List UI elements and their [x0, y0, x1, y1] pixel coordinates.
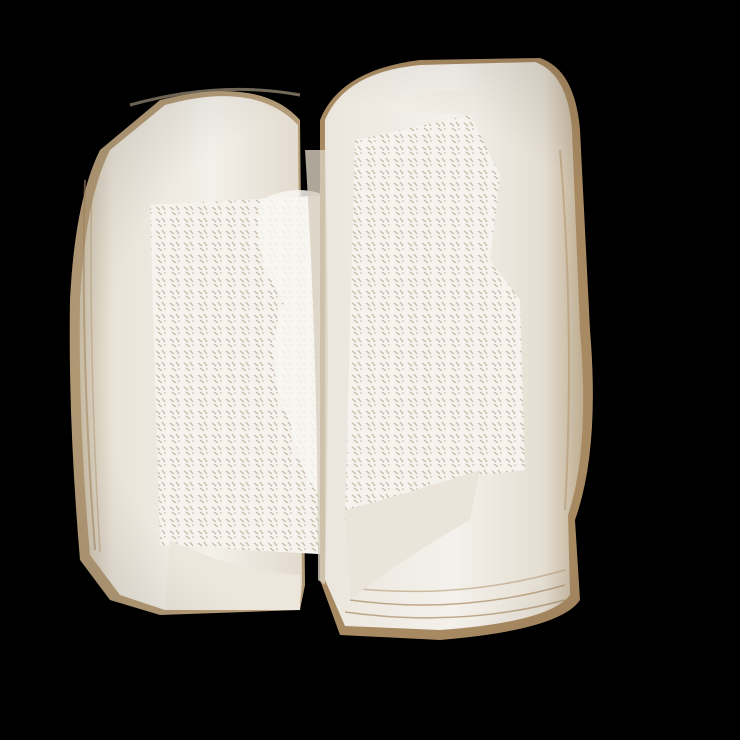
photo-scene — [0, 0, 740, 740]
right-textured-panel — [345, 115, 525, 520]
left-page-block — [70, 89, 338, 615]
right-page-block — [320, 58, 593, 640]
book-sculpture — [0, 0, 740, 740]
